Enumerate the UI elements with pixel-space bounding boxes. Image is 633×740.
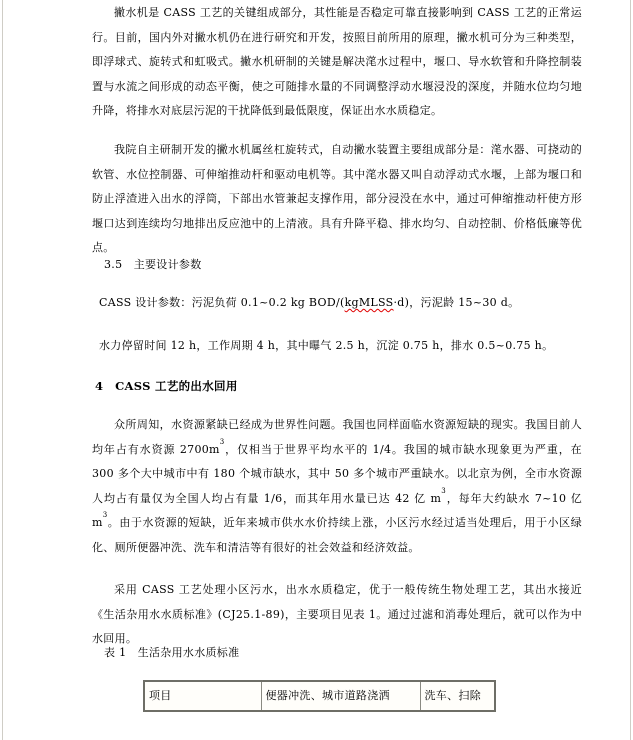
table-header-row: 项目 便器冲洗、城市道路浇洒 洗车、扫除: [144, 681, 495, 711]
document-page: 撇水机是 CASS 工艺的关键组成部分，其性能是否稳定可靠直接影响到 CASS …: [0, 0, 633, 740]
superscript-cubic-2: 3: [441, 487, 446, 495]
superscript-cubic-3: 3: [103, 511, 108, 519]
paragraph-hydraulic-retention: 水力停留时间 12 h，工作周期 4 h，其中曝气 2.5 h，沉淀 0.75 …: [92, 334, 582, 359]
water-shortage-text-4: 。由于水资源的短缺，近年来城市供水水价持续上涨，小区污水经过适当处理后，用于小区…: [92, 516, 582, 554]
heading-section-4: 4 CASS 工艺的出水回用: [92, 374, 582, 399]
paragraph-water-shortage: 众所周知，水资源紧缺已经成为世界性问题。我国也同样面临水资源短缺的现实。我国目前…: [92, 413, 582, 560]
document-content: 撇水机是 CASS 工艺的关键组成部分，其性能是否稳定可靠直接影响到 CASS …: [92, 0, 582, 740]
header-cell-toilet-road: 便器冲洗、城市道路浇洒: [261, 681, 420, 711]
page-right-edge: [630, 0, 631, 740]
spellcheck-flagged-word: kgMLSS: [345, 296, 394, 309]
superscript-cubic-1: 3: [220, 438, 225, 446]
paragraph-skimmer-intro: 撇水机是 CASS 工艺的关键组成部分，其性能是否稳定可靠直接影响到 CASS …: [92, 1, 582, 124]
header-cell-item: 项目: [144, 681, 261, 711]
paragraph-design-parameters: CASS 设计参数：污泥负荷 0.1~0.2 kg BOD/(kgMLSS·d)…: [92, 291, 582, 316]
heading-section-3-5: 3.5 主要设计参数: [92, 253, 582, 278]
design-params-tail: ·d)，污泥龄 15~30 d。: [394, 296, 520, 309]
table-caption: 表 1 生活杂用水水质标准: [92, 641, 582, 666]
header-cell-carwash-sweep: 洗车、扫除: [420, 681, 495, 711]
page-left-edge: [2, 0, 3, 740]
design-params-text: CASS 设计参数：污泥负荷 0.1~0.2 kg BOD/(: [99, 296, 345, 309]
paragraph-skimmer-device: 我院自主研制开发的撇水机属丝杠旋转式，自动撇水装置主要组成部分是：滗水器、可挠动…: [92, 138, 582, 261]
water-quality-standard-table: 项目 便器冲洗、城市道路浇洒 洗车、扫除: [143, 680, 496, 712]
